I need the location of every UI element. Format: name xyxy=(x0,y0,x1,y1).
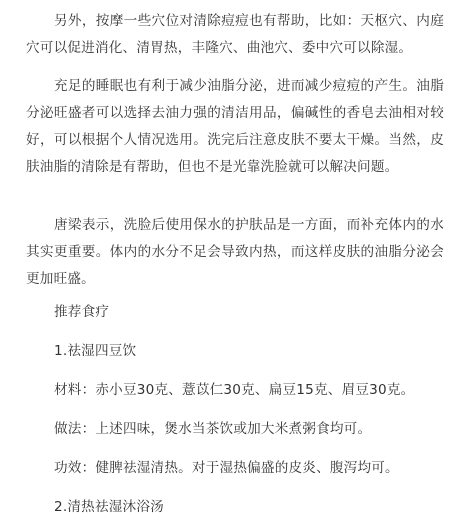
paragraph-sleep: 充足的睡眠也有利于减少油脂分泌，进而减少痘痘的产生。油脂分泌旺盛者可以选择去油力… xyxy=(26,73,444,181)
recipe-1-ingredients: 材料：赤小豆30克、薏苡仁30克、扁豆15克、眉豆30克。 xyxy=(54,377,454,404)
recipe-1-effect: 功效：健脾祛湿清热。对于湿热偏盛的皮炎、腹泻均可。 xyxy=(54,455,454,482)
article-body: 另外，按摩一些穴位对清除痘痘也有帮助，比如：天枢穴、内庭穴可以促进消化、清胃热，… xyxy=(0,0,457,525)
section-heading: 推荐食疗 xyxy=(54,299,454,326)
recipe-2-title: 2.清热祛湿沐浴汤 xyxy=(54,494,454,521)
recipe-1-title: 1.祛湿四豆饮 xyxy=(54,338,454,365)
recipe-1-method: 做法：上述四味，煲水当茶饮或加大米煮粥食均可。 xyxy=(54,416,454,443)
paragraph-acupoints: 另外，按摩一些穴位对清除痘痘也有帮助，比如：天枢穴、内庭穴可以促进消化、清胃热，… xyxy=(26,8,444,62)
paragraph-hydration: 唐梁表示，洗脸后使用保水的护肤品是一方面，而补充体内的水其实更重要。体内的水分不… xyxy=(26,212,444,293)
